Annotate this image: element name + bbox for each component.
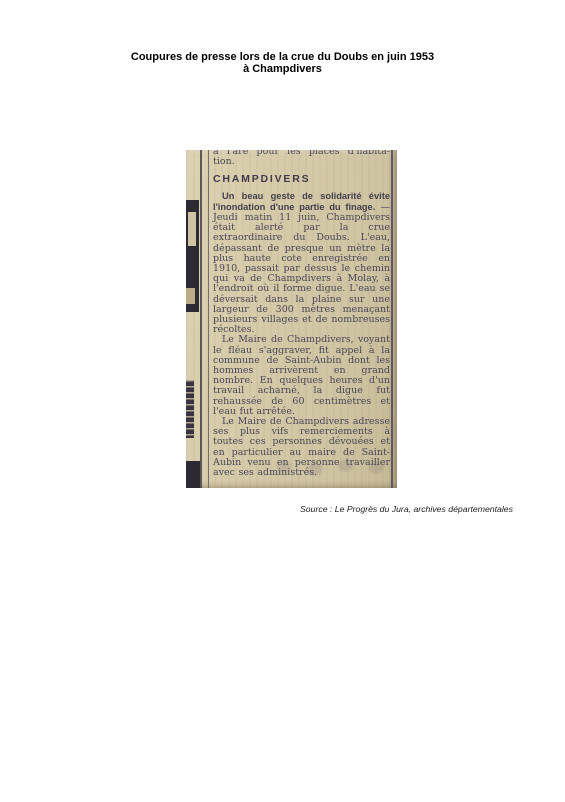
column-rule-left-outer [200, 150, 202, 488]
photo-highlight-patch [188, 212, 196, 246]
newspaper-clipping-scan: à l'are pour les places d'habita- tion. … [186, 150, 397, 488]
adjacent-photo-fragment-bottom [186, 461, 200, 488]
article-headline: CHAMPDIVERS [213, 174, 390, 184]
article-paragraph-3: Le Maire de Champdivers adresse ses plus… [213, 417, 390, 478]
article-lead-bold: Un beau geste de solidarité évite l'inon… [213, 191, 390, 212]
adjacent-photo-fragment-middle [186, 380, 194, 438]
article-column: à l'are pour les places d'habita- tion. … [213, 150, 390, 478]
document-page: Coupures de presse lors de la crue du Do… [0, 0, 565, 802]
page-title: Coupures de presse lors de la crue du Do… [0, 51, 565, 75]
source-caption: Source : Le Progrès du Jura, archives dé… [300, 504, 513, 515]
column-rule-right [391, 150, 393, 488]
previous-article-fragment-line2: tion. [213, 157, 390, 167]
page-title-line2: à Champdivers [0, 63, 565, 75]
photo-highlight-patch [186, 288, 195, 304]
column-rule-left-inner [208, 150, 209, 488]
previous-article-fragment-line1: à l'are pour les places d'habita- [213, 150, 390, 157]
article-lead-paragraph: Un beau geste de solidarité évite l'inon… [213, 191, 390, 336]
article-paragraph-2: Le Maire de Champdivers, voyant le fléau… [213, 335, 390, 417]
page-title-line1: Coupures de presse lors de la crue du Do… [0, 51, 565, 63]
adjacent-photo-fragment-top [186, 200, 199, 312]
article-lead-text: Jeudi matin 11 juin, Champdivers était a… [213, 212, 390, 335]
